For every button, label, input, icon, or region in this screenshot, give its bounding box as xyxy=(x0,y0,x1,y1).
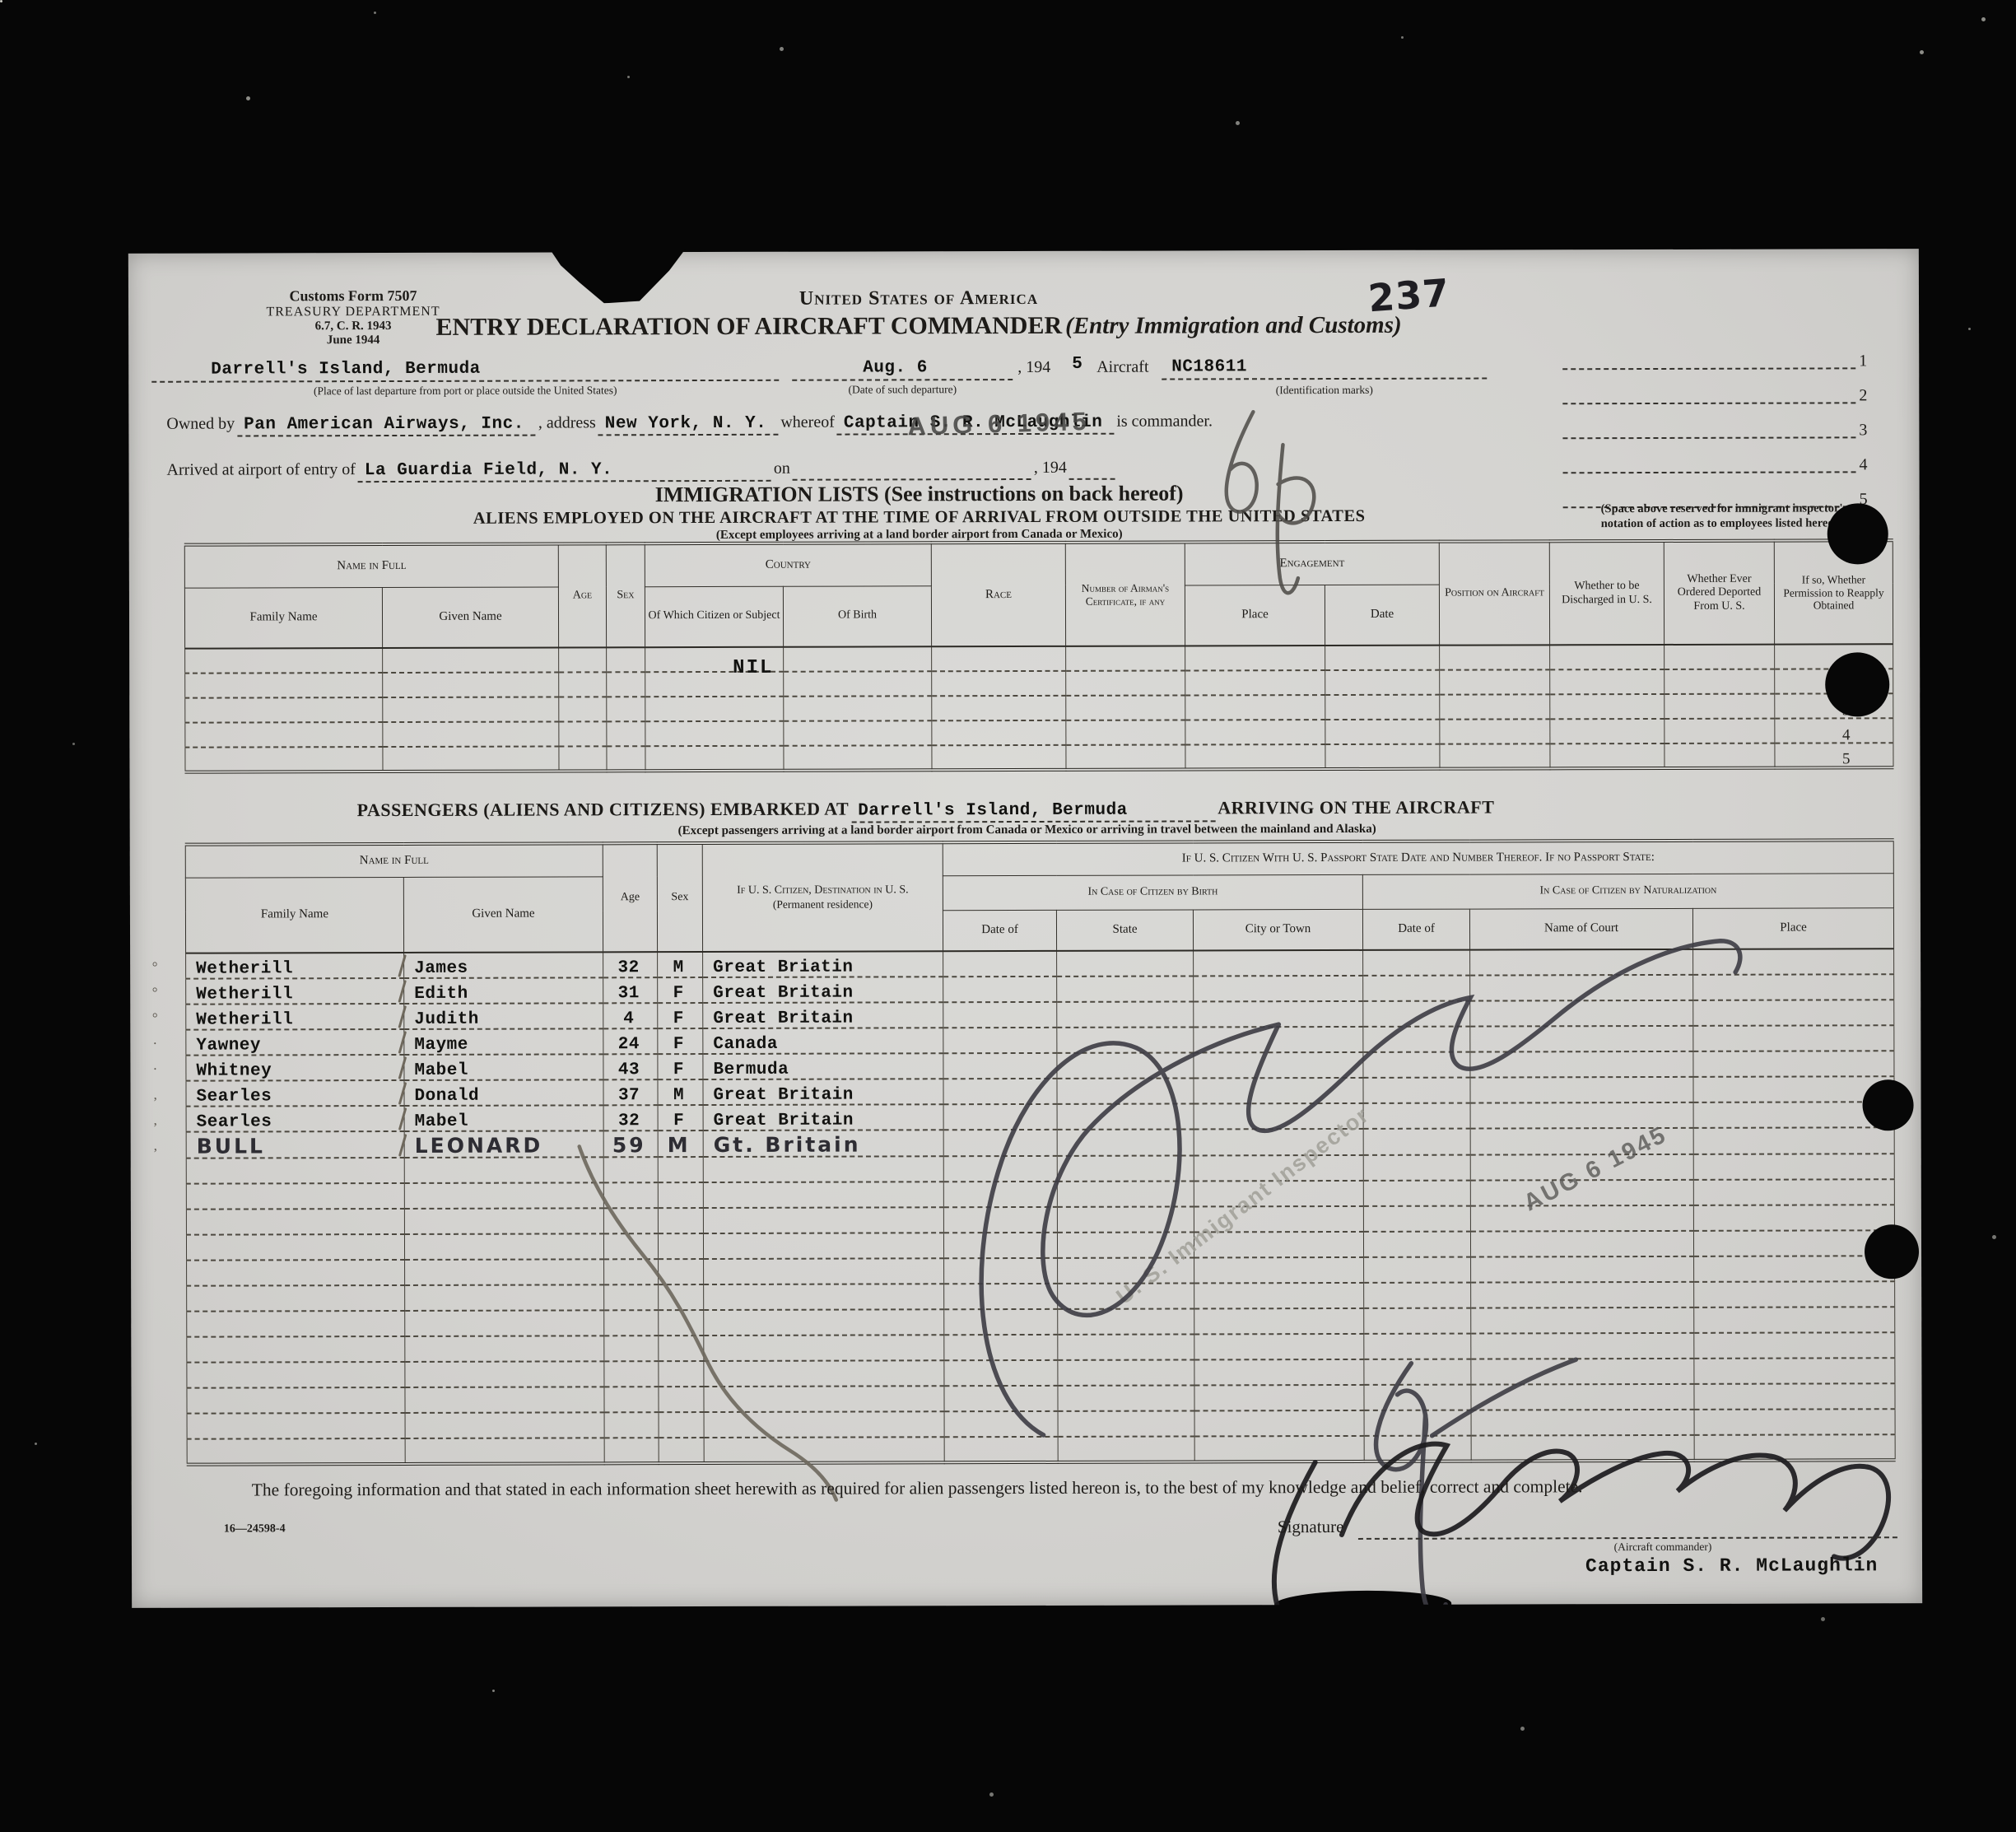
p-col-by-birth: In Case of Citizen by Birth xyxy=(943,874,1362,910)
p-col-name-of-court: Name of Court xyxy=(1469,908,1692,950)
aircraft-caption: (Identification marks) xyxy=(1162,384,1487,398)
col-race: Race xyxy=(931,543,1065,646)
margin-check-mark: ‚ xyxy=(139,1109,172,1135)
aircraft-id-line: NC18611 xyxy=(1162,351,1487,380)
on-label: on xyxy=(774,459,790,478)
aliens-table-body: 12345 xyxy=(185,644,1893,771)
departure-date-caption: (Date of such departure) xyxy=(792,383,1013,397)
col-name-in-full: Name in Full xyxy=(184,543,558,587)
p-col-passport-group: If U. S. Citizen With U. S. Passport Sta… xyxy=(943,840,1893,875)
address-label: , address xyxy=(538,413,596,431)
col-engagement: Engagement xyxy=(1185,542,1439,585)
aircraft-label: Aircraft xyxy=(1096,358,1148,377)
whereof-label: whereof xyxy=(780,413,835,431)
p-col-state: State xyxy=(1056,909,1193,950)
passengers-heading: PASSENGERS (ALIENS AND CITIZENS) EMBARKE… xyxy=(357,797,1495,825)
p-col-date-of-birth: Date of xyxy=(943,910,1056,951)
hole-punch xyxy=(1862,1079,1913,1130)
immigration-lists-title: IMMIGRATION LISTS (See instructions on b… xyxy=(302,480,1537,508)
margin-check-mark: · xyxy=(138,1058,171,1084)
handwritten-page-number: 237 xyxy=(1367,270,1451,320)
departure-date-value: Aug. 6 xyxy=(863,358,928,377)
passengers-heading-prefix: PASSENGERS (ALIENS AND CITIZENS) EMBARKE… xyxy=(357,799,850,821)
col-engagement-place: Place xyxy=(1185,585,1325,646)
p-col-sex: Sex xyxy=(657,843,702,952)
country-title: United States of America xyxy=(301,286,1536,311)
margin-check-mark: ‚ xyxy=(139,1135,172,1160)
col-citizen-of: Of Which Citizen or Subject xyxy=(645,586,783,647)
arrival-year-label: , 194 xyxy=(1034,459,1067,477)
scanned-form-page: Customs Form 7507 TREASURY DEPARTMENT 6.… xyxy=(128,249,1922,1608)
col-sex: Sex xyxy=(606,543,645,647)
passengers-table-body: WetherillJames32MGreat BriatinWetherillE… xyxy=(186,949,1896,1464)
paper-edge-shadow xyxy=(1274,1591,1451,1608)
commander-name-typed: Captain S. R. McLaughlin xyxy=(1585,1555,1878,1577)
side-blank-line: 3 xyxy=(1562,403,1867,439)
p-col-place: Place xyxy=(1692,907,1893,949)
p-col-destination: If U. S. Citizen, Destination in U. S. (… xyxy=(702,842,943,952)
col-deported: Whether Ever Ordered Deported From U. S. xyxy=(1664,541,1774,645)
hole-punch xyxy=(1827,503,1888,564)
p-col-age: Age xyxy=(603,843,657,952)
departure-date-line: Aug. 6 xyxy=(792,352,1013,381)
p-col-family-name: Family Name xyxy=(185,877,403,953)
margin-check-mark: ° xyxy=(138,956,171,981)
signature-caption: (Aircraft commander) xyxy=(1490,1540,1836,1554)
col-discharged: Whether to be Discharged in U. S. xyxy=(1549,541,1664,645)
col-birth-country: Of Birth xyxy=(783,585,931,646)
col-engagement-date: Date xyxy=(1325,585,1439,646)
address-value: New York, N. Y. xyxy=(605,414,767,434)
owner-value: Pan American Airways, Inc. xyxy=(244,415,524,435)
margin-check-mark: ° xyxy=(138,981,171,1007)
arrival-label: Arrived at airport of entry of xyxy=(167,460,356,479)
aircraft-id-value: NC18611 xyxy=(1171,357,1247,376)
year-value: 5 xyxy=(1072,355,1082,374)
p-col-name-in-full: Name in Full xyxy=(185,843,603,877)
signature-line xyxy=(1358,1512,1897,1540)
embarked-at-value: Darrell's Island, Bermuda xyxy=(858,801,1128,821)
p-col-by-naturalization: In Case of Citizen by Naturalization xyxy=(1362,873,1893,909)
page-title: ENTRY DECLARATION OF AIRCRAFT COMMANDER … xyxy=(301,310,1536,342)
is-commander-label: is commander. xyxy=(1116,412,1213,430)
aliens-employed-table: Name in Full Age Sex Country Race Number… xyxy=(184,538,1894,773)
col-airman-cert: Number of Airman's Certificate, if any xyxy=(1065,542,1185,646)
side-lines: 12345 xyxy=(1562,334,1868,508)
p-col-date-of-nat: Date of xyxy=(1362,909,1469,950)
passengers-heading-suffix: ARRIVING ON THE AIRCRAFT xyxy=(1218,797,1494,818)
passenger-empty-row xyxy=(187,1434,1895,1464)
departure-place-line: Darrell's Island, Bermuda xyxy=(151,352,779,383)
margin-marks: °°°··‚‚‚ xyxy=(138,956,172,1160)
hole-punch xyxy=(1865,1224,1919,1279)
scanner-dust xyxy=(0,0,2,2)
passengers-exception-note: (Except passengers arriving at a land bo… xyxy=(410,821,1645,839)
arrival-airport-value: La Guardia Field, N. Y. xyxy=(365,460,612,480)
col-position: Position on Aircraft xyxy=(1439,541,1549,645)
col-given-name: Given Name xyxy=(382,586,558,648)
side-blank-line: 2 xyxy=(1562,369,1867,404)
arrival-line: Arrived at airport of entry ofLa Guardia… xyxy=(167,459,1118,483)
side-blank-line: 1 xyxy=(1562,334,1867,370)
margin-check-mark: · xyxy=(138,1033,171,1058)
form-print-number: 16—24598-4 xyxy=(224,1522,286,1536)
aliens-table-row: 5 xyxy=(185,743,1893,771)
col-age: Age xyxy=(558,543,606,647)
owned-by-label: Owned by xyxy=(166,415,235,433)
col-country: Country xyxy=(645,543,931,586)
col-family-name: Family Name xyxy=(184,587,382,649)
signature-label: Signature xyxy=(1278,1517,1344,1537)
departure-place-caption: (Place of last departure from port or pl… xyxy=(151,384,779,399)
p-col-city-or-town: City or Town xyxy=(1193,909,1362,951)
margin-check-mark: ° xyxy=(138,1007,171,1033)
hole-punch xyxy=(1825,652,1889,716)
nil-entry: NIL xyxy=(733,657,773,679)
departure-place-value: Darrell's Island, Bermuda xyxy=(211,360,481,380)
p-col-given-name: Given Name xyxy=(403,876,603,953)
margin-check-mark: ‚ xyxy=(138,1084,171,1109)
declaration-statement: The foregoing information and that state… xyxy=(204,1474,1892,1502)
year-prefix-label: , 194 xyxy=(1017,358,1050,377)
side-blank-line: 4 xyxy=(1562,438,1867,473)
arrival-date-stamp: AUG 6 1945 xyxy=(907,407,1091,441)
